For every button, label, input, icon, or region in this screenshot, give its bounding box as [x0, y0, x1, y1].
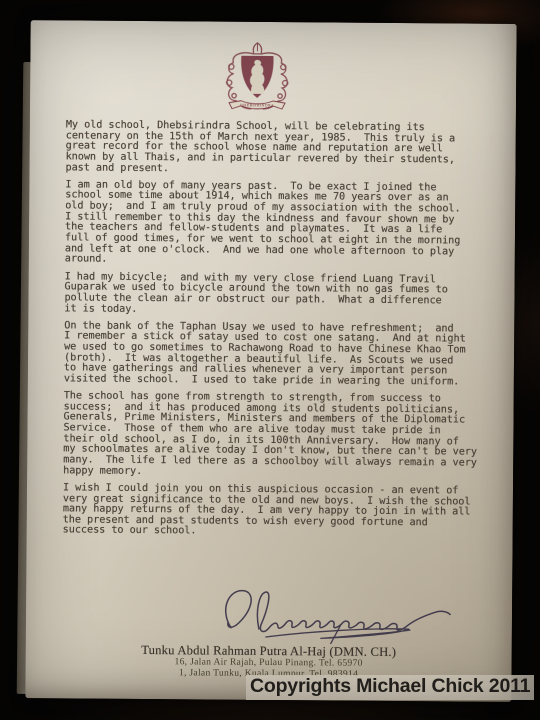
letter-paragraph: The school has gone from strength to str… [63, 391, 496, 480]
letter-paragraph: I wish I could join you on this auspicio… [63, 483, 495, 540]
school-crest-icon: DHEBSIRINDRA [219, 42, 296, 115]
crest-banner-text: DHEBSIRINDRA [240, 103, 274, 107]
letter-paragraph: I had my bicycle; and with my very close… [64, 272, 496, 318]
letter-paragraph: I am an old boy of many years past. To b… [65, 180, 498, 269]
letter-paragraph: On the bank of the Taphan Usay we used t… [64, 321, 496, 388]
letter-paper: DHEBSIRINDRA My old school, Dhebsirindra… [25, 20, 516, 702]
copyright-watermark: Copyrights Michael Chick 2011 [246, 675, 534, 700]
letter-paragraph: My old school, Dhebsirindra School, will… [65, 120, 497, 177]
photo-frame: DHEBSIRINDRA My old school, Dhebsirindra… [0, 0, 540, 720]
signature-autograph [211, 583, 461, 647]
letter-body: My old school, Dhebsirindra School, will… [63, 120, 498, 546]
